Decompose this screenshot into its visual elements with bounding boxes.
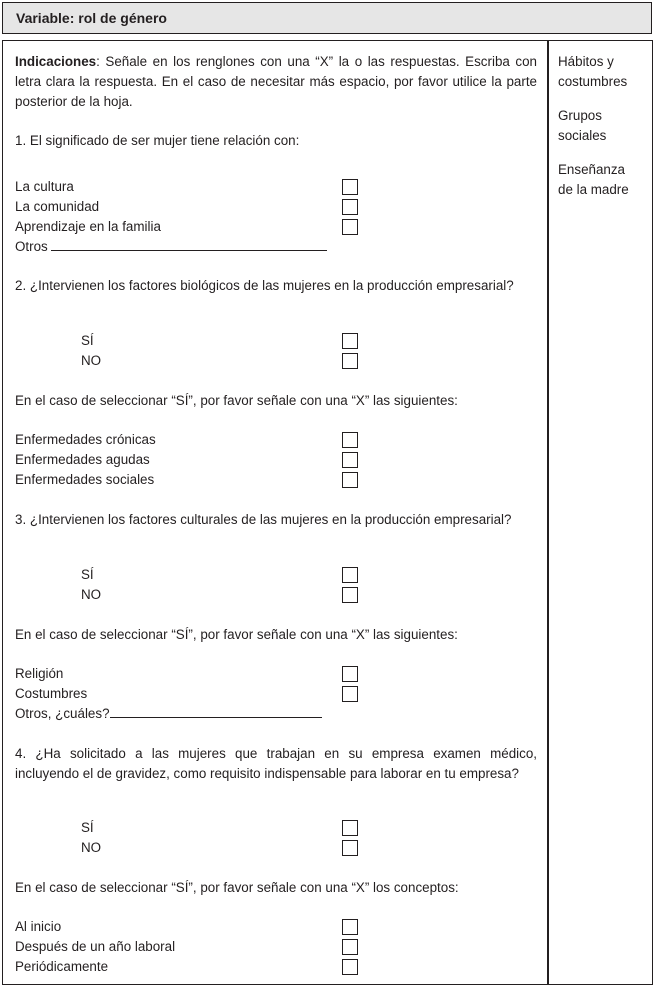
checkbox[interactable]: [342, 333, 358, 349]
q3-other-input[interactable]: [110, 705, 322, 718]
checkbox[interactable]: [342, 179, 358, 195]
q3-other: Otros, ¿cuáles?: [15, 704, 537, 724]
q1-other: Otros: [15, 237, 537, 257]
q3-followup: En el caso de seleccionar “SÍ”, por favo…: [15, 625, 458, 645]
q1-option-comunidad: La comunidad: [15, 197, 537, 217]
q2-option-agudas: Enfermedades agudas: [15, 450, 537, 470]
checkbox[interactable]: [342, 820, 358, 836]
category-grupos: Grupos sociales: [558, 106, 648, 146]
q1-other-input[interactable]: [51, 238, 327, 251]
instructions-label: Indicaciones: [15, 54, 96, 69]
checkbox[interactable]: [342, 959, 358, 975]
question-4: 4. ¿Ha solicitado a las mujeres que trab…: [15, 744, 537, 784]
q2-option-cronicas: Enfermedades crónicas: [15, 430, 537, 450]
q2-followup: En el caso de seleccionar “SÍ”, por favo…: [15, 391, 458, 411]
variable-header: Variable: rol de género: [2, 2, 652, 34]
q2-yes: SÍ: [81, 331, 537, 351]
q4-option-periodico: Periódicamente: [15, 957, 537, 977]
q1-option-cultura: La cultura: [15, 177, 537, 197]
checkbox[interactable]: [342, 840, 358, 856]
question-1: 1. El significado de ser mujer tiene rel…: [15, 131, 299, 151]
variable-title: Variable: rol de género: [16, 10, 167, 26]
q3-option-religion: Religión: [15, 664, 537, 684]
category-ensenanza: Enseñanza de la madre: [558, 160, 648, 200]
checkbox[interactable]: [342, 199, 358, 215]
q4-option-anual: Después de un año laboral: [15, 937, 537, 957]
category-habitos: Hábitos y costumbres: [558, 52, 648, 92]
instructions: Indicaciones: Señale en los renglones co…: [15, 52, 537, 112]
checkbox[interactable]: [342, 219, 358, 235]
q3-option-costumbres: Costumbres: [15, 684, 537, 704]
column-divider: [547, 41, 549, 984]
checkbox[interactable]: [342, 353, 358, 369]
q2-no: NO: [81, 351, 537, 371]
checkbox[interactable]: [342, 939, 358, 955]
q2-option-sociales: Enfermedades sociales: [15, 470, 537, 490]
q4-no: NO: [81, 838, 537, 858]
question-2: 2. ¿Intervienen los factores biológicos …: [15, 276, 537, 296]
categories-column: Hábitos y costumbres Grupos sociales Ens…: [558, 52, 648, 214]
question-3: 3. ¿Intervienen los factores culturales …: [15, 510, 537, 530]
q1-option-familia: Aprendizaje en la familia: [15, 217, 537, 237]
q3-yes: SÍ: [81, 565, 537, 585]
q4-option-inicio: Al inicio: [15, 917, 537, 937]
questionnaire-table: Indicaciones: Señale en los renglones co…: [2, 40, 653, 985]
q4-yes: SÍ: [81, 818, 537, 838]
checkbox[interactable]: [342, 686, 358, 702]
q4-followup: En el caso de seleccionar “SÍ”, por favo…: [15, 878, 459, 898]
checkbox[interactable]: [342, 567, 358, 583]
checkbox[interactable]: [342, 666, 358, 682]
checkbox[interactable]: [342, 919, 358, 935]
checkbox[interactable]: [342, 587, 358, 603]
checkbox[interactable]: [342, 432, 358, 448]
checkbox[interactable]: [342, 452, 358, 468]
q3-no: NO: [81, 585, 537, 605]
checkbox[interactable]: [342, 472, 358, 488]
